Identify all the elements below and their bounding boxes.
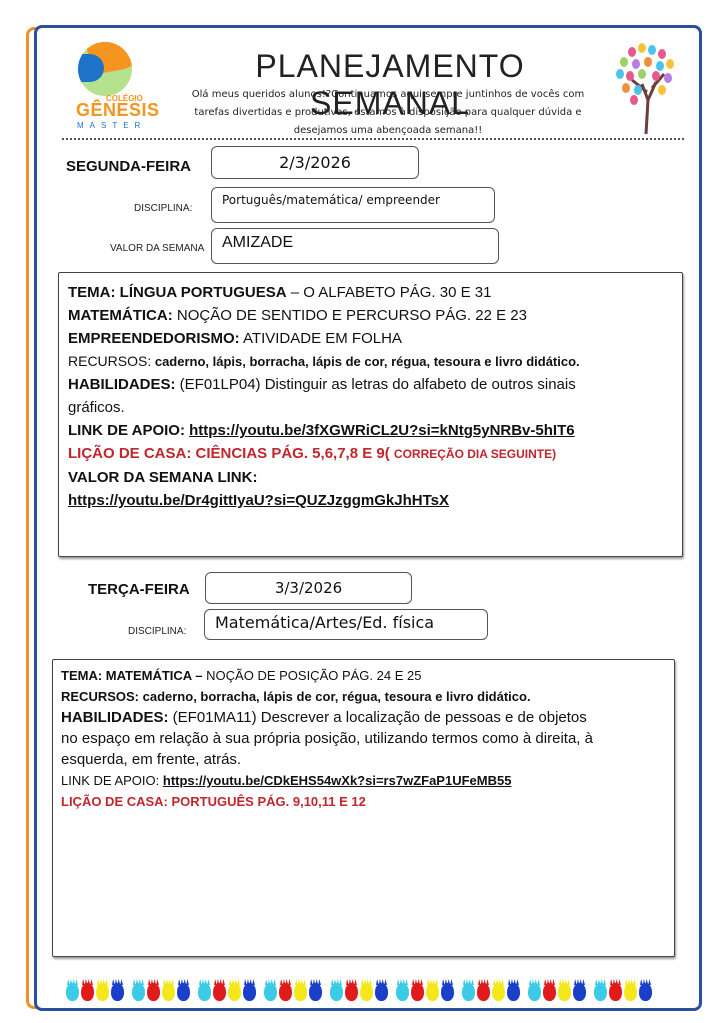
- hand-icon: [330, 983, 343, 1001]
- habilidades-label: HABILIDADES:: [68, 376, 176, 393]
- day-label-monday: SEGUNDA-FEIRA: [66, 158, 191, 175]
- hand-icon: [309, 983, 322, 1001]
- hand-icon: [594, 983, 607, 1001]
- valor-semana-link[interactable]: https://youtu.be/Dr4gittIyaU?si=QUZJzggm…: [68, 489, 673, 512]
- habilidades-label-tuesday: HABILIDADES:: [61, 709, 169, 726]
- link-apoio-label: LINK DE APOIO:: [68, 422, 189, 439]
- logo-genesis-text: GÊNESIS: [76, 100, 160, 121]
- hand-icon: [213, 983, 226, 1001]
- hand-icon: [111, 983, 124, 1001]
- logo-emblem-icon: [78, 42, 132, 96]
- date-field-tuesday[interactable]: 3/3/2026: [205, 572, 412, 604]
- hand-icon: [228, 983, 241, 1001]
- hand-icon: [96, 983, 109, 1001]
- logo-master-text: MASTER: [77, 121, 146, 130]
- empreendedorismo-text: ATIVIDADE EM FOLHA: [240, 330, 402, 347]
- hand-icon: [573, 983, 586, 1001]
- disciplina-field-tuesday[interactable]: Matemática/Artes/Ed. física: [204, 609, 488, 640]
- tema-text: – O ALFABETO PÁG. 30 E 31: [287, 284, 492, 301]
- valor-semana-link-label: VALOR DA SEMANA LINK:: [68, 466, 673, 489]
- hand-icon: [492, 983, 505, 1001]
- hand-icon: [198, 983, 211, 1001]
- valor-semana-label: VALOR DA SEMANA: [110, 243, 204, 254]
- header-divider: [62, 138, 684, 140]
- hand-icon: [147, 983, 160, 1001]
- habilidades-text-tuesday-3: esquerda, em frente, atrás.: [61, 749, 666, 770]
- hand-icon: [177, 983, 190, 1001]
- content-box-tuesday: TEMA: MATEMÁTICA – NOÇÃO DE POSIÇÃO PÁG.…: [52, 659, 675, 957]
- hand-icon: [264, 983, 277, 1001]
- hand-icon: [507, 983, 520, 1001]
- hand-icon: [609, 983, 622, 1001]
- hand-icon: [132, 983, 145, 1001]
- habilidades-text-tuesday: (EF01MA11) Descrever a localização de pe…: [169, 709, 587, 726]
- day-label-tuesday: TERÇA-FEIRA: [88, 581, 190, 598]
- hand-icon: [639, 983, 652, 1001]
- hand-icon: [81, 983, 94, 1001]
- tema-label: TEMA: LÍNGUA PORTUGUESA: [68, 284, 287, 301]
- content-box-monday: TEMA: LÍNGUA PORTUGUESA – O ALFABETO PÁG…: [58, 272, 683, 557]
- disciplina-label-monday: DISCIPLINA:: [134, 203, 192, 214]
- hand-icon: [243, 983, 256, 1001]
- tema-text-tuesday: NOÇÃO DE POSIÇÃO PÁG. 24 E 25: [206, 668, 421, 683]
- link-apoio-label-tuesday: LINK DE APOIO:: [61, 773, 163, 788]
- licao-casa-monday: LIÇÃO DE CASA: CIÊNCIAS PÁG. 5,6,7,8 E 9…: [68, 445, 394, 462]
- recursos-label: RECURSOS:: [68, 353, 151, 369]
- hand-icon: [396, 983, 409, 1001]
- habilidades-text-cont: gráficos.: [68, 396, 673, 419]
- recursos-text: caderno, lápis, borracha, lápis de cor, …: [151, 354, 579, 369]
- hand-icon: [462, 983, 475, 1001]
- colorful-hands-border: [66, 983, 666, 1005]
- hand-icon: [66, 983, 79, 1001]
- hand-icon: [279, 983, 292, 1001]
- hand-icon: [162, 983, 175, 1001]
- hand-icon: [543, 983, 556, 1001]
- licao-casa-note: CORREÇÃO DIA SEGUINTE): [394, 447, 556, 461]
- tema-label-tuesday: TEMA: MATEMÁTICA –: [61, 668, 206, 683]
- habilidades-text-tuesday-2: no espaço em relação à sua própria posiç…: [61, 728, 666, 749]
- hand-icon: [411, 983, 424, 1001]
- matematica-text: NOÇÃO DE SENTIDO E PERCURSO PÁG. 22 E 23: [173, 307, 527, 324]
- hand-icon: [294, 983, 307, 1001]
- disciplina-label-tuesday: DISCIPLINA:: [128, 626, 186, 637]
- colorful-tree-icon: [612, 40, 678, 134]
- valor-semana-field[interactable]: AMIZADE: [211, 228, 499, 264]
- hand-icon: [624, 983, 637, 1001]
- link-apoio-monday[interactable]: https://youtu.be/3fXGWRiCL2U?si=kNtg5yNR…: [189, 422, 574, 439]
- hand-icon: [360, 983, 373, 1001]
- link-apoio-tuesday[interactable]: https://youtu.be/CDkEHS54wXk?si=rs7wZFaP…: [163, 773, 512, 788]
- matematica-label: MATEMÁTICA:: [68, 307, 173, 324]
- hand-icon: [375, 983, 388, 1001]
- hand-icon: [558, 983, 571, 1001]
- school-logo: COLÉGIO GÊNESIS MASTER: [72, 42, 158, 132]
- recursos-tuesday: RECURSOS: caderno, borracha, lápis de co…: [61, 686, 666, 707]
- disciplina-field-monday[interactable]: Português/matemática/ empreender: [211, 187, 495, 223]
- hand-icon: [528, 983, 541, 1001]
- date-field-monday[interactable]: 2/3/2026: [211, 146, 419, 179]
- habilidades-text: (EF01LP04) Distinguir as letras do alfab…: [176, 376, 576, 393]
- hand-icon: [477, 983, 490, 1001]
- hand-icon: [345, 983, 358, 1001]
- hand-icon: [426, 983, 439, 1001]
- intro-message: Olá meus queridos alunos!?Continuamos aq…: [178, 86, 598, 140]
- licao-casa-tuesday: LIÇÃO DE CASA: PORTUGUÊS PÁG. 9,10,11 E …: [61, 791, 666, 812]
- empreendedorismo-label: EMPREENDEDORISMO:: [68, 330, 240, 347]
- hand-icon: [441, 983, 454, 1001]
